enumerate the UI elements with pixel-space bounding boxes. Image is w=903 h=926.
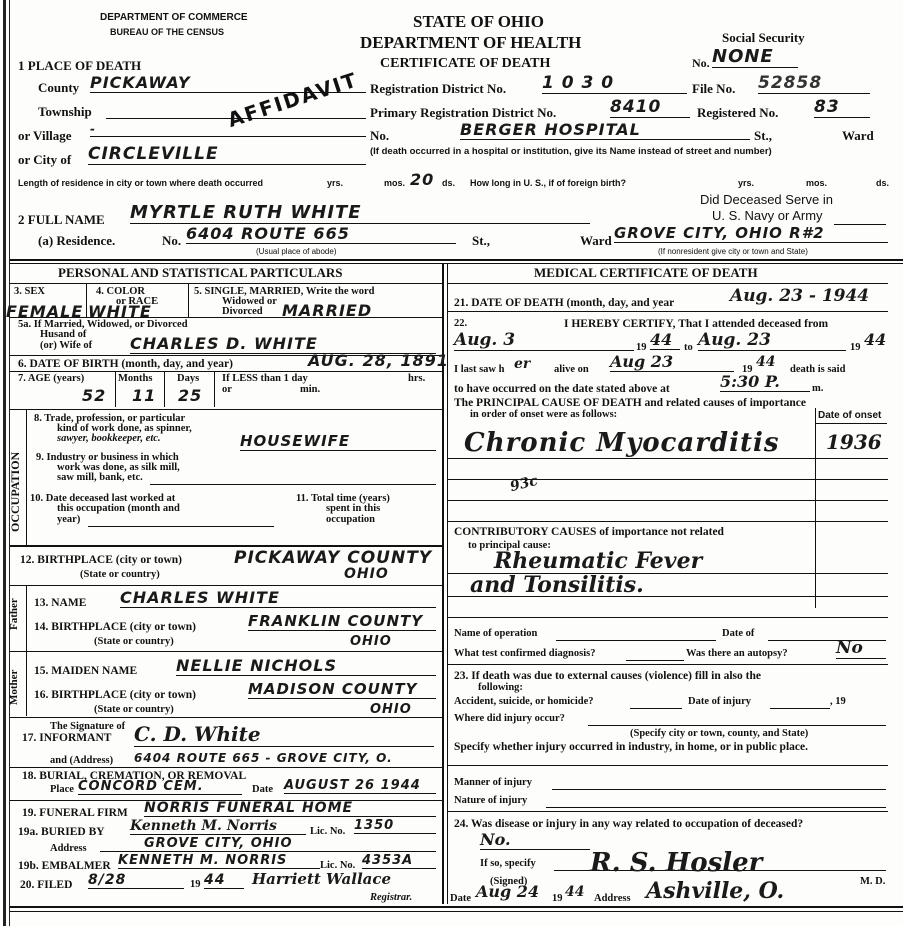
death-certificate: DEPARTMENT OF COMMERCE BUREAU OF THE CEN… xyxy=(0,0,903,926)
sign-date-label: Date xyxy=(450,893,471,904)
occupation-question-value: No. xyxy=(480,830,590,850)
reg-district-label: Registration District No. xyxy=(370,81,506,97)
divider xyxy=(448,765,888,766)
last-worked-field xyxy=(88,514,274,527)
trade-label-3: sawyer, bookkeeper, etc. xyxy=(57,433,161,444)
onset-label: Date of onset xyxy=(818,410,881,421)
accident-label: Accident, suicide, or homicide? xyxy=(454,696,594,707)
buried-lic-value: 1350 xyxy=(354,818,436,834)
village-value: - xyxy=(90,122,366,137)
city-value: CIRCLEVILLE xyxy=(88,144,366,165)
injury-date-field xyxy=(770,696,830,709)
dept-commerce: DEPARTMENT OF COMMERCE xyxy=(100,12,248,23)
m-label: m. xyxy=(812,383,823,394)
embalmer-label: 19b. EMBALMER xyxy=(18,860,111,872)
funeral-firm-label: 19. FUNERAL FIRM xyxy=(22,807,128,819)
contributory-label-1: CONTRIBUTORY CAUSES of importance not re… xyxy=(454,526,724,538)
mother-bp-label-2: (State or country) xyxy=(94,704,174,715)
divider xyxy=(448,811,888,812)
year-prefix-2: 19 xyxy=(850,342,861,353)
divider xyxy=(10,911,903,912)
divider xyxy=(10,317,442,318)
sign-address-label: Address xyxy=(594,893,631,904)
father-name-value: CHARLES WHITE xyxy=(120,588,436,608)
address-label: Address xyxy=(50,843,87,854)
state-title: STATE OF OHIO xyxy=(413,12,544,32)
sign-address-value: Ashville, O. xyxy=(646,878,784,904)
residence-ward-value: GROVE CITY, OHIO R#2 xyxy=(614,224,888,243)
certificate-title: CERTIFICATE OF DEATH xyxy=(380,56,550,72)
last-saw-label-2: alive on xyxy=(554,364,589,375)
divider xyxy=(448,664,888,665)
md-label: M. D. xyxy=(860,876,885,887)
county-value: PICKAWAY xyxy=(90,73,366,93)
divider xyxy=(10,371,442,372)
residence-length-label: Length of residence in city or town wher… xyxy=(18,178,263,188)
last-saw-date: Aug 23 xyxy=(610,352,734,372)
registered-no-value: 83 xyxy=(814,97,870,118)
filed-label: 20. FILED xyxy=(20,879,72,891)
injury-date-label: Date of injury xyxy=(688,696,751,707)
spouse-label-3: (or) Wife of xyxy=(40,340,92,351)
divider xyxy=(86,284,87,317)
ds2-label: ds. xyxy=(876,178,889,188)
residence-no-label: No. xyxy=(162,233,181,249)
yrs-label: yrs. xyxy=(327,178,343,188)
external-label-1: 23. If death was due to external causes … xyxy=(454,670,761,682)
township-field xyxy=(106,102,366,119)
less-day-label: If LESS than 1 day xyxy=(222,373,308,384)
residence-ward-label: Ward xyxy=(580,233,612,249)
age-months-value: 11 xyxy=(132,386,156,405)
dept-health-title: DEPARTMENT OF HEALTH xyxy=(360,33,581,53)
ds-label: ds. xyxy=(442,178,455,188)
mother-bp-value-2: OHIO xyxy=(370,702,412,717)
served-label-1: Did Deceased Serve in xyxy=(700,192,833,207)
divider xyxy=(815,423,887,424)
last-worked-label-3: year) xyxy=(57,514,80,525)
occupation-vertical-label: OCCUPATION xyxy=(8,452,23,532)
certify-number: 22. xyxy=(454,318,467,329)
manner-label: Manner of injury xyxy=(454,777,532,788)
registrar-label: Registrar. xyxy=(370,892,412,903)
attended-to-value: Aug. 23 xyxy=(698,330,846,351)
embalmer-value: KENNETH M. NORRIS xyxy=(118,853,320,869)
nature-label: Nature of injury xyxy=(454,795,527,806)
age-days-value: 25 xyxy=(178,386,202,405)
residence-st-label: St., xyxy=(472,233,490,249)
filed-date: 8/28 xyxy=(88,872,184,889)
divider xyxy=(448,311,888,312)
divider xyxy=(10,409,442,410)
divider xyxy=(448,596,888,597)
mother-name-label: 15. MAIDEN NAME xyxy=(34,665,137,677)
autopsy-label: Was there an autopsy? xyxy=(686,648,788,659)
nature-field xyxy=(546,795,886,808)
reg-district-value: 1 0 3 0 xyxy=(542,73,687,94)
attended-from-year: 44 xyxy=(650,330,680,350)
informant-signature: C. D. White xyxy=(134,722,434,747)
township-label: Township xyxy=(38,104,92,120)
father-vertical-label: Father xyxy=(8,598,20,630)
operation-label: Name of operation xyxy=(454,628,537,639)
divider xyxy=(815,408,816,608)
last-saw-label-1: I last saw h xyxy=(454,364,504,375)
father-name-label: 13. NAME xyxy=(34,597,86,609)
served-field xyxy=(834,210,886,225)
days-label: Days xyxy=(177,373,199,384)
mother-bp-value-1: MADISON COUNTY xyxy=(248,680,436,699)
buried-by-label: 19a. BURIED BY xyxy=(18,826,105,838)
divider xyxy=(448,283,888,284)
divider xyxy=(10,545,442,547)
dob-value: AUG. 28, 1891 xyxy=(308,351,449,370)
filed-year: 44 xyxy=(204,872,244,889)
attended-to-year: 44 xyxy=(864,330,886,349)
injury-where-label: Where did injury occur? xyxy=(454,713,565,724)
divider xyxy=(448,458,888,459)
occupation-question-label: 24. Was disease or injury in any way rel… xyxy=(454,818,803,830)
divider xyxy=(214,372,215,407)
yrs2-label: yrs. xyxy=(738,178,754,188)
served-label-2: U. S. Navy or Army xyxy=(712,208,823,223)
residence-label: (a) Residence. xyxy=(38,233,115,249)
attended-from-value: Aug. 3 xyxy=(454,330,634,351)
age-label: 7. AGE (years) xyxy=(18,373,84,384)
personal-section-title: PERSONAL AND STATISTICAL PARTICULARS xyxy=(58,265,343,281)
contributory-value-2: and Tonsilitis. xyxy=(470,572,644,598)
medical-section-title: MEDICAL CERTIFICATE OF DEATH xyxy=(534,265,758,281)
divider xyxy=(448,479,888,480)
contributory-value-1: Rheumatic Fever xyxy=(494,548,702,574)
funeral-firm-value: NORRIS FUNERAL HOME xyxy=(144,800,436,817)
mother-name-value: NELLIE NICHOLS xyxy=(176,656,436,676)
physician-signature: R. S. Hosler xyxy=(590,848,762,878)
total-time-label-2: spent in this xyxy=(326,503,380,514)
injury-year-label: , 19 xyxy=(830,696,846,707)
informant-label-2: 17. INFORMANT xyxy=(22,732,111,744)
principal-onset-value: 1936 xyxy=(826,430,882,454)
primary-reg-value: 8410 xyxy=(610,97,690,118)
file-no-value: 52858 xyxy=(758,73,870,94)
st-label: St., xyxy=(754,128,772,144)
accident-field xyxy=(630,696,682,709)
trade-value: HOUSEWIFE xyxy=(240,432,436,451)
divider xyxy=(10,651,442,652)
birthplace-value-1: PICKAWAY COUNTY xyxy=(234,548,432,568)
manner-field xyxy=(552,777,886,790)
full-name-value: MYRTLE RUTH WHITE xyxy=(130,202,590,224)
time-value: 5:30 P. xyxy=(720,372,810,392)
city-label: or City of xyxy=(18,152,71,168)
divider xyxy=(188,284,189,317)
divider xyxy=(10,585,442,586)
divider xyxy=(10,263,903,264)
sign-date-value: Aug 24 xyxy=(476,882,539,901)
sign-year-value: 44 xyxy=(565,884,584,900)
divider xyxy=(164,372,165,407)
dod-label: 21. DATE OF DEATH (month, day, and year xyxy=(454,297,674,309)
injury-where-field xyxy=(588,713,886,726)
divider xyxy=(10,717,442,718)
autopsy-value: No xyxy=(836,638,886,659)
residence-days-value: 20 xyxy=(410,170,434,189)
injury-specify-label: Specify whether injury occurred in indus… xyxy=(454,741,808,753)
divider xyxy=(10,283,442,284)
principal-label-1: The PRINCIPAL CAUSE OF DEATH and related… xyxy=(454,397,806,409)
buried-by-value: Kenneth M. Norris xyxy=(130,818,306,835)
hospital-note: (If death occurred in a hospital or inst… xyxy=(370,146,772,157)
burial-place-value: CONCORD CEM. xyxy=(78,779,242,795)
specify-label: If so, specify xyxy=(480,858,536,869)
test-label: What test confirmed diagnosis? xyxy=(454,648,595,659)
informant-address: 6404 ROUTE 665 - GROVE CITY, O. xyxy=(134,751,393,765)
father-bp-label-1: 14. BIRTHPLACE (city or town) xyxy=(34,621,196,633)
hrs-label: hrs. xyxy=(408,373,425,384)
file-no-label: File No. xyxy=(692,81,735,97)
residence-value: 6404 ROUTE 665 xyxy=(186,224,456,244)
divider xyxy=(10,259,903,261)
mos-label: mos. xyxy=(384,178,405,188)
birthplace-value-2: OHIO xyxy=(344,566,389,582)
marital-label-3: Divorced xyxy=(222,306,263,317)
filed-year-prefix: 19 xyxy=(190,879,201,890)
father-bp-value-1: FRANKLIN COUNTY xyxy=(248,612,436,631)
age-years-value: 52 xyxy=(82,386,106,405)
informant-address-label: and (Address) xyxy=(50,755,113,766)
burial-place-label: Place xyxy=(50,784,74,795)
sex-label: 3. SEX xyxy=(14,286,45,297)
embalmer-lic-value: 4353A xyxy=(362,853,436,869)
industry-field xyxy=(150,472,436,485)
divider xyxy=(115,372,116,407)
principal-cause-value: Chronic Myocarditis xyxy=(464,428,780,458)
spouse-label-2: Husand of xyxy=(40,329,86,340)
months-label: Months xyxy=(118,373,152,384)
father-bp-value-2: OHIO xyxy=(350,634,392,649)
last-saw-pronoun: er xyxy=(514,356,530,372)
last-saw-year: 44 xyxy=(756,354,775,370)
injury-where-note: (Specify city or town, county, and State… xyxy=(630,728,808,739)
sign-year-prefix: 19 xyxy=(552,893,563,904)
mother-vertical-label: Mother xyxy=(8,670,20,705)
birthplace-label-1: 12. BIRTHPLACE (city or town) xyxy=(20,554,182,566)
mother-bp-label-1: 16. BIRTHPLACE (city or town) xyxy=(34,689,196,701)
operation-field xyxy=(556,628,716,641)
primary-reg-label: Primary Registration District No. xyxy=(370,105,556,121)
divider xyxy=(448,521,888,522)
or-label: or xyxy=(222,384,232,395)
divider xyxy=(10,767,442,768)
street-no-label: No. xyxy=(370,128,389,144)
foreign-birth-label: How long in U. S., if of foreign birth? xyxy=(470,178,626,188)
burial-date-value: AUGUST 26 1944 xyxy=(284,778,436,794)
ss-no-label: No. xyxy=(692,56,710,71)
certify-text: I HEREBY CERTIFY, That I attended deceas… xyxy=(564,318,828,330)
external-label-2: following: xyxy=(478,682,523,693)
divider xyxy=(448,500,888,501)
operation-date-label: Date of xyxy=(722,628,754,639)
mos2-label: mos. xyxy=(806,178,827,188)
total-time-label-3: occupation xyxy=(326,514,375,525)
industry-label-3: saw mill, bank, etc. xyxy=(57,472,143,483)
hospital-value: BERGER HOSPITAL xyxy=(460,120,750,140)
last-worked-label-2: this occupation (month and xyxy=(57,503,180,514)
place-of-death-label: 1 PLACE OF DEATH xyxy=(18,58,141,74)
ward-note: (If nonresident give city or town and St… xyxy=(658,247,808,256)
county-label: County xyxy=(38,80,79,96)
min-label: min. xyxy=(300,384,320,395)
address-value: GROVE CITY, OHIO xyxy=(100,836,436,852)
principal-label-2: in order of onset were as follows: xyxy=(470,409,617,420)
ward-label: Ward xyxy=(842,128,874,144)
father-bp-label-2: (State or country) xyxy=(94,636,174,647)
dod-value: Aug. 23 - 1944 xyxy=(730,286,869,306)
test-field xyxy=(626,648,684,661)
registered-no-label: Registered No. xyxy=(697,105,778,121)
divider xyxy=(448,617,888,618)
divider xyxy=(26,410,27,545)
village-label: or Village xyxy=(18,128,72,144)
social-security-label: Social Security xyxy=(722,30,805,46)
bureau-census: BUREAU OF THE CENSUS xyxy=(110,27,224,37)
divider xyxy=(10,906,903,908)
social-security-no: NONE xyxy=(712,46,798,68)
dob-label: 6. DATE OF BIRTH (month, day, and year) xyxy=(18,358,233,370)
left-border xyxy=(3,0,6,926)
cause-annotation: 93c xyxy=(508,473,539,495)
burial-date-label: Date xyxy=(252,784,273,795)
informant-label-1: The Signature of xyxy=(50,721,125,732)
full-name-label: 2 FULL NAME xyxy=(18,212,105,228)
occurred-label: to have occurred on the date stated abov… xyxy=(454,383,670,395)
residence-note: (Usual place of abode) xyxy=(256,247,337,256)
birthplace-label-2: (State or country) xyxy=(80,569,160,580)
registrar-signature: Harriett Wallace xyxy=(252,870,391,888)
